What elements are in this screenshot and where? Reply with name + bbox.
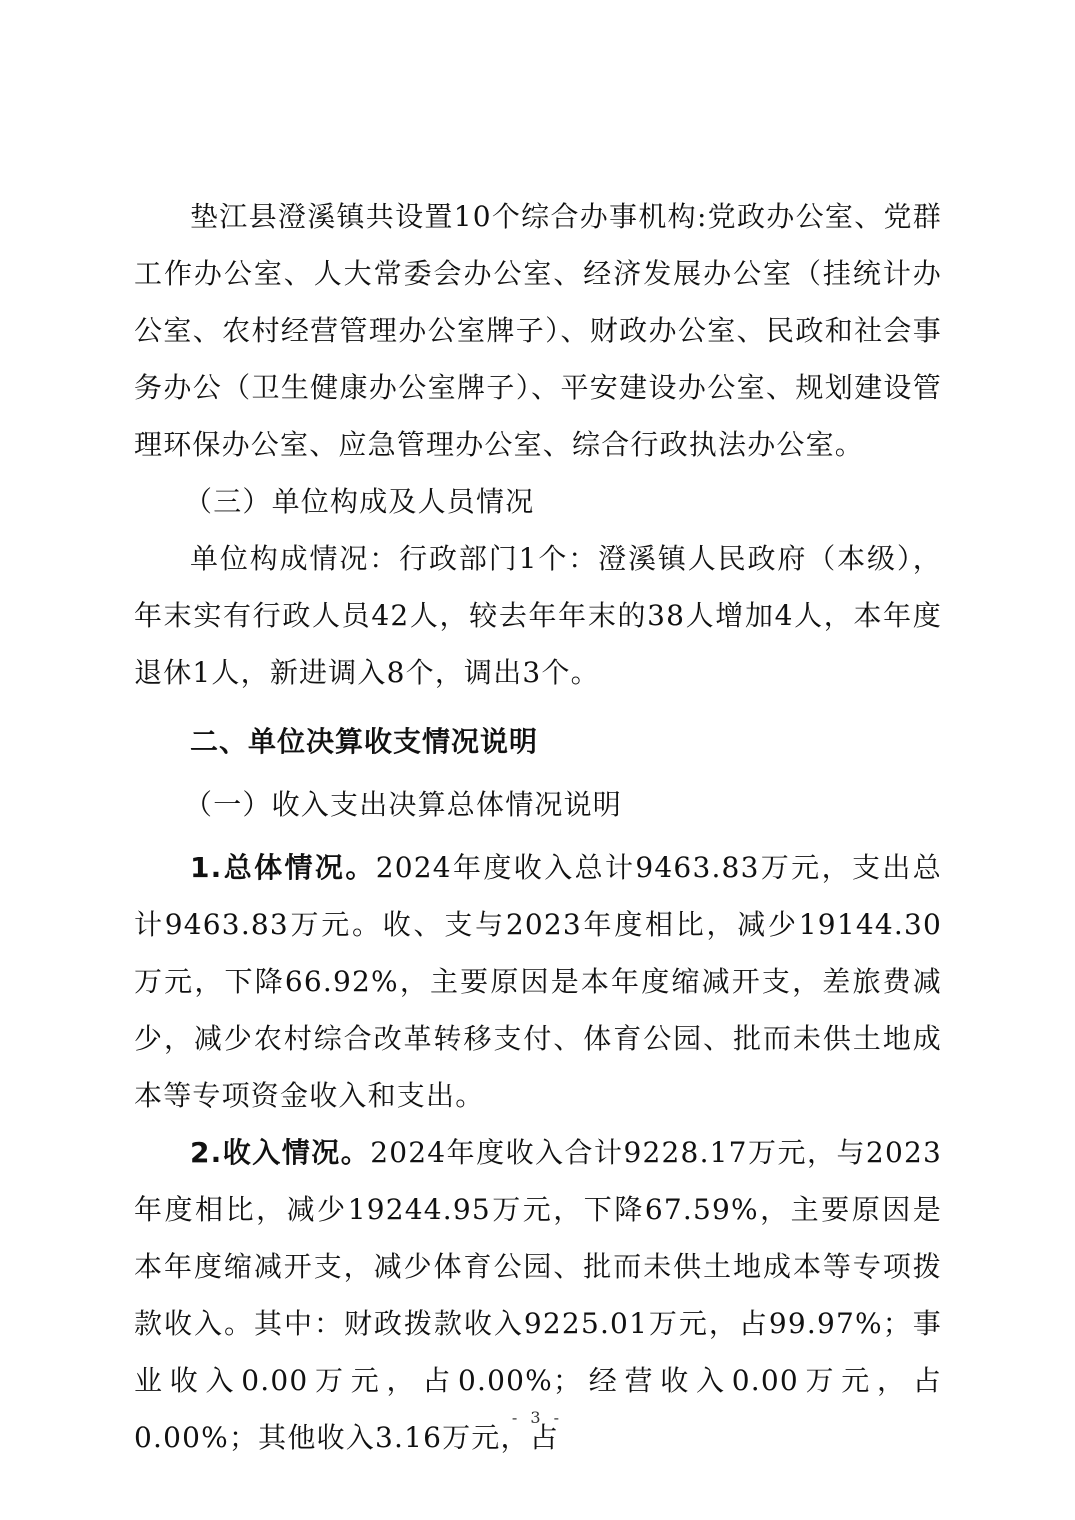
- heading-unit-composition: （三）单位构成及人员情况: [134, 473, 942, 530]
- document-page: 垫江县澄溪镇共设置10个综合办事机构:党政办公室、党群工作办公室、人大常委会办公…: [134, 188, 942, 1466]
- income-text: 2024年度收入合计9228.17万元，与2023年度相比，减少19244.95…: [134, 1136, 942, 1454]
- page-number: - 3 -: [0, 1408, 1075, 1427]
- overall-text: 2024年度收入总计9463.83万元，支出总计9463.83万元。收、支与20…: [134, 851, 942, 1112]
- heading-budget-section: 二、单位决算收支情况说明: [134, 713, 942, 770]
- overall-label: 1.总体情况。: [190, 851, 376, 884]
- paragraph-overall: 1.总体情况。2024年度收入总计9463.83万元，支出总计9463.83万元…: [134, 839, 942, 1124]
- paragraph-offices: 垫江县澄溪镇共设置10个综合办事机构:党政办公室、党群工作办公室、人大常委会办公…: [134, 188, 942, 473]
- paragraph-staff: 单位构成情况：行政部门1个：澄溪镇人民政府（本级），年末实有行政人员42人，较去…: [134, 530, 942, 701]
- income-label: 2.收入情况。: [190, 1136, 370, 1169]
- heading-overall-summary: （一）收入支出决算总体情况说明: [134, 776, 942, 833]
